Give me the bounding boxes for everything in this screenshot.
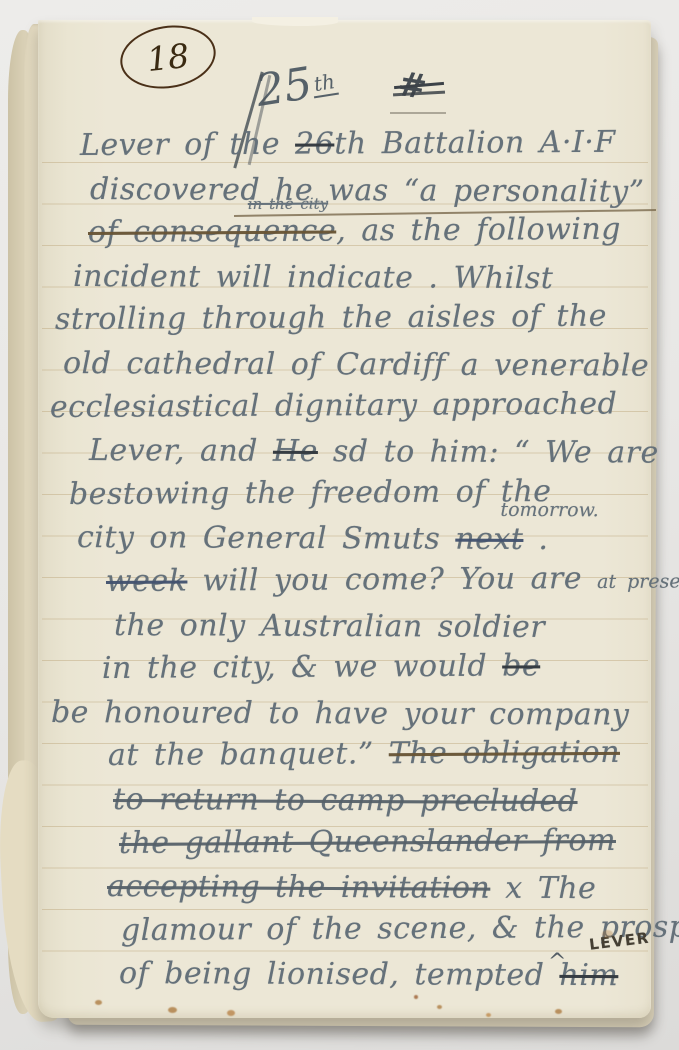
manuscript-line: discovered he was “a personality”	[90, 170, 679, 216]
manuscript-line: Lever, and He sd to him: “ We are	[89, 431, 679, 477]
handwriting-text: Lever, and	[89, 433, 273, 469]
foxing-spot	[486, 1013, 491, 1017]
insertion-caret: ^	[548, 950, 566, 975]
struck-text: week	[106, 563, 188, 598]
handwriting-text: the only Australian soldier	[114, 608, 545, 645]
handwriting-text: , as the following	[336, 212, 621, 249]
hash-underline	[390, 112, 446, 114]
manuscript-line: in the city, & we would be	[102, 646, 679, 693]
manuscript-line: accepting the invitation x The	[107, 867, 679, 913]
handwriting-text: of being lionised, tempted	[119, 956, 560, 993]
manuscript-line: of consequencein the city, as the follow…	[88, 210, 679, 257]
inserted-text: tomorrow.	[500, 501, 598, 520]
foxing-spot	[414, 995, 418, 999]
handwriting-text: Lever of the	[80, 127, 295, 163]
struck-text: 26	[295, 126, 334, 161]
manuscript-line: the gallant Queenslander from	[119, 820, 679, 867]
handwriting-text: strolling through the aisles of the	[55, 299, 607, 337]
foxing-spot	[437, 1005, 442, 1009]
manuscript-line: old cathedral of Cardiff a venerable	[63, 344, 679, 390]
foxing-spot	[168, 1007, 177, 1013]
manuscript-line: city on General Smuts nexttomorrow. .	[77, 518, 679, 564]
manuscript-line: of being lionised, tempted himLEVER	[119, 954, 679, 1000]
manuscript-line: the only Australian soldier	[114, 606, 679, 652]
foxing-spot	[227, 1010, 235, 1016]
inserted-text: in the city	[248, 197, 328, 212]
handwriting-text: be honoured to have your company	[51, 695, 630, 733]
manuscript-line: strolling through the aisles of the	[55, 297, 679, 344]
manuscript-line: week will you come? You are at present	[106, 558, 679, 605]
struck-text: He	[273, 434, 318, 469]
manuscript-line: to return to camp precluded	[113, 780, 679, 826]
handwriting-text: incident will indicate . Whilst	[73, 259, 553, 296]
handwriting-text: at the banquet.”	[108, 737, 389, 774]
manuscript-line: at the banquet.” The obligation	[108, 733, 679, 780]
manuscript-photo: 18 25th # Lever of the 26th Battalion A·…	[0, 0, 679, 1050]
struck-text: to return to camp precluded	[113, 782, 578, 819]
handwriting-text: at present	[597, 570, 679, 593]
struck-text: the gallant Queenslander from	[119, 822, 616, 860]
foxing-spot	[555, 1009, 562, 1014]
manuscript-lines: Lever of the 26th Battalion A·I·Fdiscove…	[0, 126, 679, 998]
handwriting-text: th Battalion A·I·F	[334, 125, 616, 162]
struck-text: be	[502, 648, 540, 683]
handwriting-text: sd to him: “ We are	[318, 434, 659, 470]
handwriting-text: in the city, & we would	[102, 649, 502, 686]
handwriting-text: city on General Smuts	[77, 520, 455, 557]
page-number: 18	[145, 35, 191, 78]
struck-text: The obligation	[389, 735, 620, 771]
manuscript-line: Lever of the 26th Battalion A·I·F	[80, 122, 679, 169]
struck-text: nexttomorrow.	[455, 522, 523, 557]
struck-text: accepting the invitation	[107, 869, 490, 906]
handwriting-text: ecclesiastical dignitary approached	[50, 386, 618, 424]
handwriting-text: .	[523, 522, 548, 557]
handwriting-text: x The	[490, 871, 596, 906]
struck-text: himLEVER	[559, 958, 618, 993]
foxing-spot	[602, 930, 613, 938]
handwriting-text: will you come? You are	[187, 561, 597, 599]
handwriting-text: discovered he was “a personality”	[90, 172, 645, 209]
handwriting-text: bestowing the freedom of the	[69, 474, 552, 512]
inserted-number-suffix: th	[310, 68, 339, 98]
struck-text: of consequencein the city	[88, 214, 336, 251]
foxing-spot	[95, 1000, 102, 1005]
handwriting-text: old cathedral of Cardiff a venerable	[63, 346, 649, 384]
manuscript-line: ecclesiastical dignitary approached	[50, 384, 679, 431]
